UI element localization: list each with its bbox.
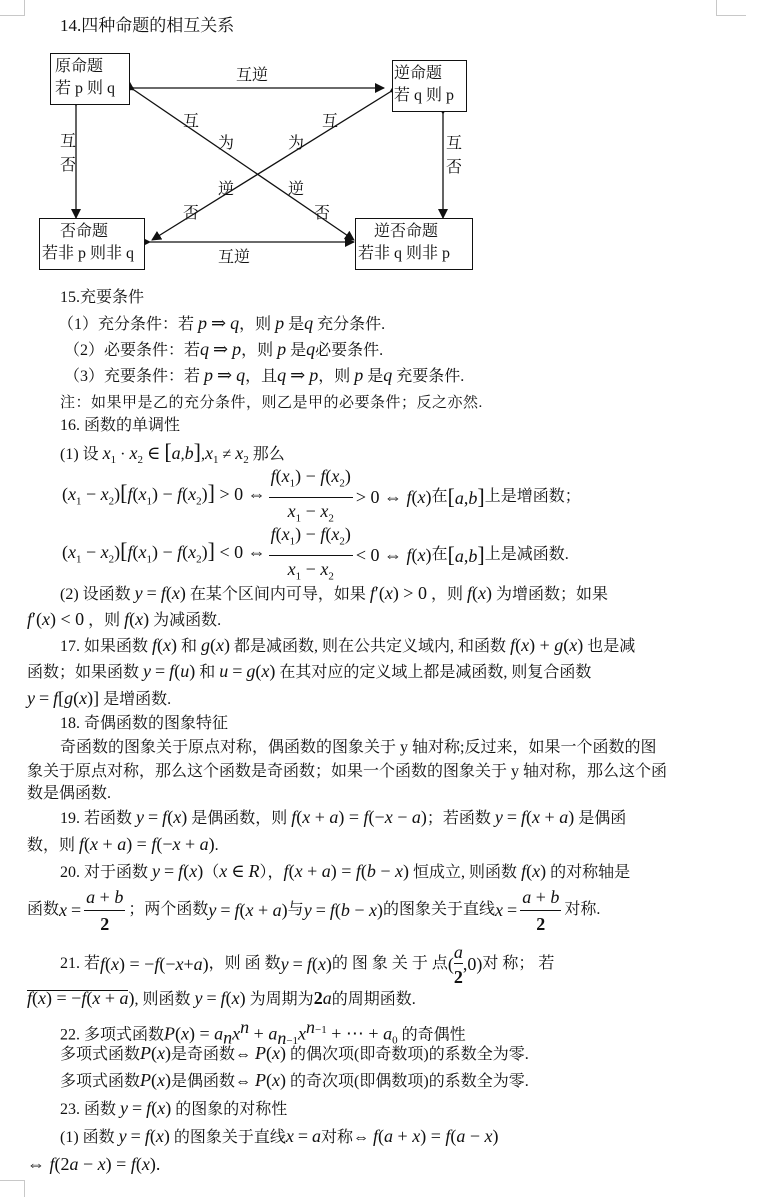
box-inverse-proposition: 否命题 若非 p 则非 q [39, 218, 145, 270]
section-22-odd: 多项式函数P(x)是奇函数⇔ P(x) 的偶次项(即奇数项)的系数全为零. [60, 1043, 529, 1065]
increasing-criterion: (x1 − x2)[f(x1) − f(x2)] > 0 ⇔ f(x1) − f… [62, 468, 581, 526]
fraction-a-over-2: a2 [454, 941, 463, 988]
four-propositions-diagram: 原命题 若 p 则 q 逆命题 若 q 则 p 否命题 若非 p 则非 q 逆否… [0, 0, 784, 290]
section-23-line2: ⇔ f(2a − x) = f(x). [27, 1154, 160, 1176]
overlined-expression: f(x) = −f(x + a [27, 990, 128, 1008]
section-21-line1: 21. 若 f(x) = −f(−x + a)，则 函 数 y = f(x) 的… [60, 940, 554, 988]
fraction-a-plus-b-over-2-second: a + b2 [520, 886, 561, 935]
condition-sufficient-necessary: （3）充要条件：若 p ⇒ q，且q ⇒ p，则 p 是q 充要条件. [64, 365, 464, 387]
section-17-line1: 17. 如果函数 f(x) 和 g(x) 都是减函数, 则在公共定义域内, 和函… [60, 635, 635, 657]
box-contrapositive-proposition: 逆否命题 若非 q 则非 p [355, 218, 473, 270]
difference-quotient-inc: f(x1) − f(x2)x1 − x2 [269, 465, 353, 529]
label-diag-left-3: 逆 [218, 176, 234, 199]
label-top-mutual-converse: 互逆 [236, 62, 268, 85]
box-original-proposition: 原命题 若 p 则 q [50, 53, 130, 105]
condition-sufficient: （1）充分条件：若 p ⇒ q，则 p 是q 充分条件. [58, 313, 385, 335]
section-20-line2: 函数x = a + b2 ；两个函数 y = f(x + a) 与 y = f(… [27, 884, 600, 936]
fraction-a-plus-b-over-2: a + b2 [84, 886, 125, 935]
section-18-line1: 奇函数的图象关于原点对称，偶函数的图象关于 y 轴对称;反过来，如果一个函数的图 [60, 738, 656, 758]
section-21-line2: f(x) = −f(x + a), 则函数 y = f(x) 为周期为2a的周期… [27, 988, 416, 1010]
section-15-title: 15.充要条件 [60, 288, 144, 308]
section-20-line1: 20. 对于函数 y = f(x)（x ∈ R），f(x + a) = f(b … [60, 861, 630, 883]
section-23-title: 23. 函数 y = f(x) 的图象的对称性 [60, 1098, 287, 1120]
label-diag-right-1: 互 [322, 108, 338, 131]
monotonic-intro: (1) 设 x1 · x2 ∈ [a,b],x1 ≠ x2 那么 [60, 442, 285, 470]
label-left-mutual-negation-2: 否 [60, 152, 76, 175]
section-18-line2: 象关于原点对称，那么这个函数是奇函数；如果一个函数的图象关于 y 轴对称，那么这… [27, 762, 667, 782]
section-19-line2: 数，则 f(x + a) = f(−x + a). [27, 834, 219, 856]
label-diag-right-2: 为 [288, 130, 304, 153]
section-22-even: 多项式函数P(x)是偶函数⇔ P(x) 的奇次项(即偶数项)的系数全为零. [60, 1070, 529, 1092]
section-17-line2: 函数；如果函数 y = f(u) 和 u = g(x) 在其对应的定义域上都是减… [27, 661, 591, 683]
label-diag-left-4: 否 [183, 200, 199, 223]
derivative-criterion-line2: f′(x) < 0 ，则 f(x) 为减函数. [27, 609, 221, 631]
section-19-line1: 19. 若函数 y = f(x) 是偶函数，则 f(x + a) = f(−x … [60, 807, 626, 829]
section-23-line1: (1) 函数 y = f(x) 的图象关于直线x = a对称⇔ f(a + x)… [60, 1126, 499, 1148]
label-right-mutual-negation-1: 互 [446, 130, 462, 153]
label-left-mutual-negation-1: 互 [60, 128, 76, 151]
difference-quotient-dec: f(x1) − f(x2)x1 − x2 [269, 523, 353, 587]
label-diag-left-2: 为 [218, 130, 234, 153]
page-corner-bottom-left [0, 1180, 25, 1197]
label-diag-right-4: 否 [314, 200, 330, 223]
label-bottom-mutual-converse: 互逆 [218, 244, 250, 267]
label-diag-left-1: 互 [183, 108, 199, 131]
label-diag-right-3: 逆 [288, 176, 304, 199]
label-right-mutual-negation-2: 否 [446, 154, 462, 177]
decreasing-criterion: (x1 − x2)[f(x1) − f(x2)] < 0 ⇔ f(x1) − f… [62, 526, 569, 584]
section-18-title: 18. 奇偶函数的图象特征 [60, 714, 228, 734]
section-17-line3: y = f[g(x)] 是增函数. [27, 688, 171, 710]
condition-note: 注：如果甲是乙的充分条件，则乙是甲的必要条件；反之亦然. [60, 393, 483, 413]
box-converse-proposition: 逆命题 若 q 则 p [392, 60, 467, 112]
section-18-line3: 数是偶函数. [27, 784, 111, 804]
derivative-criterion-line1: (2) 设函数 y = f(x) 在某个区间内可导，如果 f′(x) > 0 ，… [60, 583, 608, 605]
condition-necessary: （2）必要条件：若q ⇒ p，则 p 是q必要条件. [64, 339, 383, 361]
section-16-title: 16. 函数的单调性 [60, 416, 180, 436]
